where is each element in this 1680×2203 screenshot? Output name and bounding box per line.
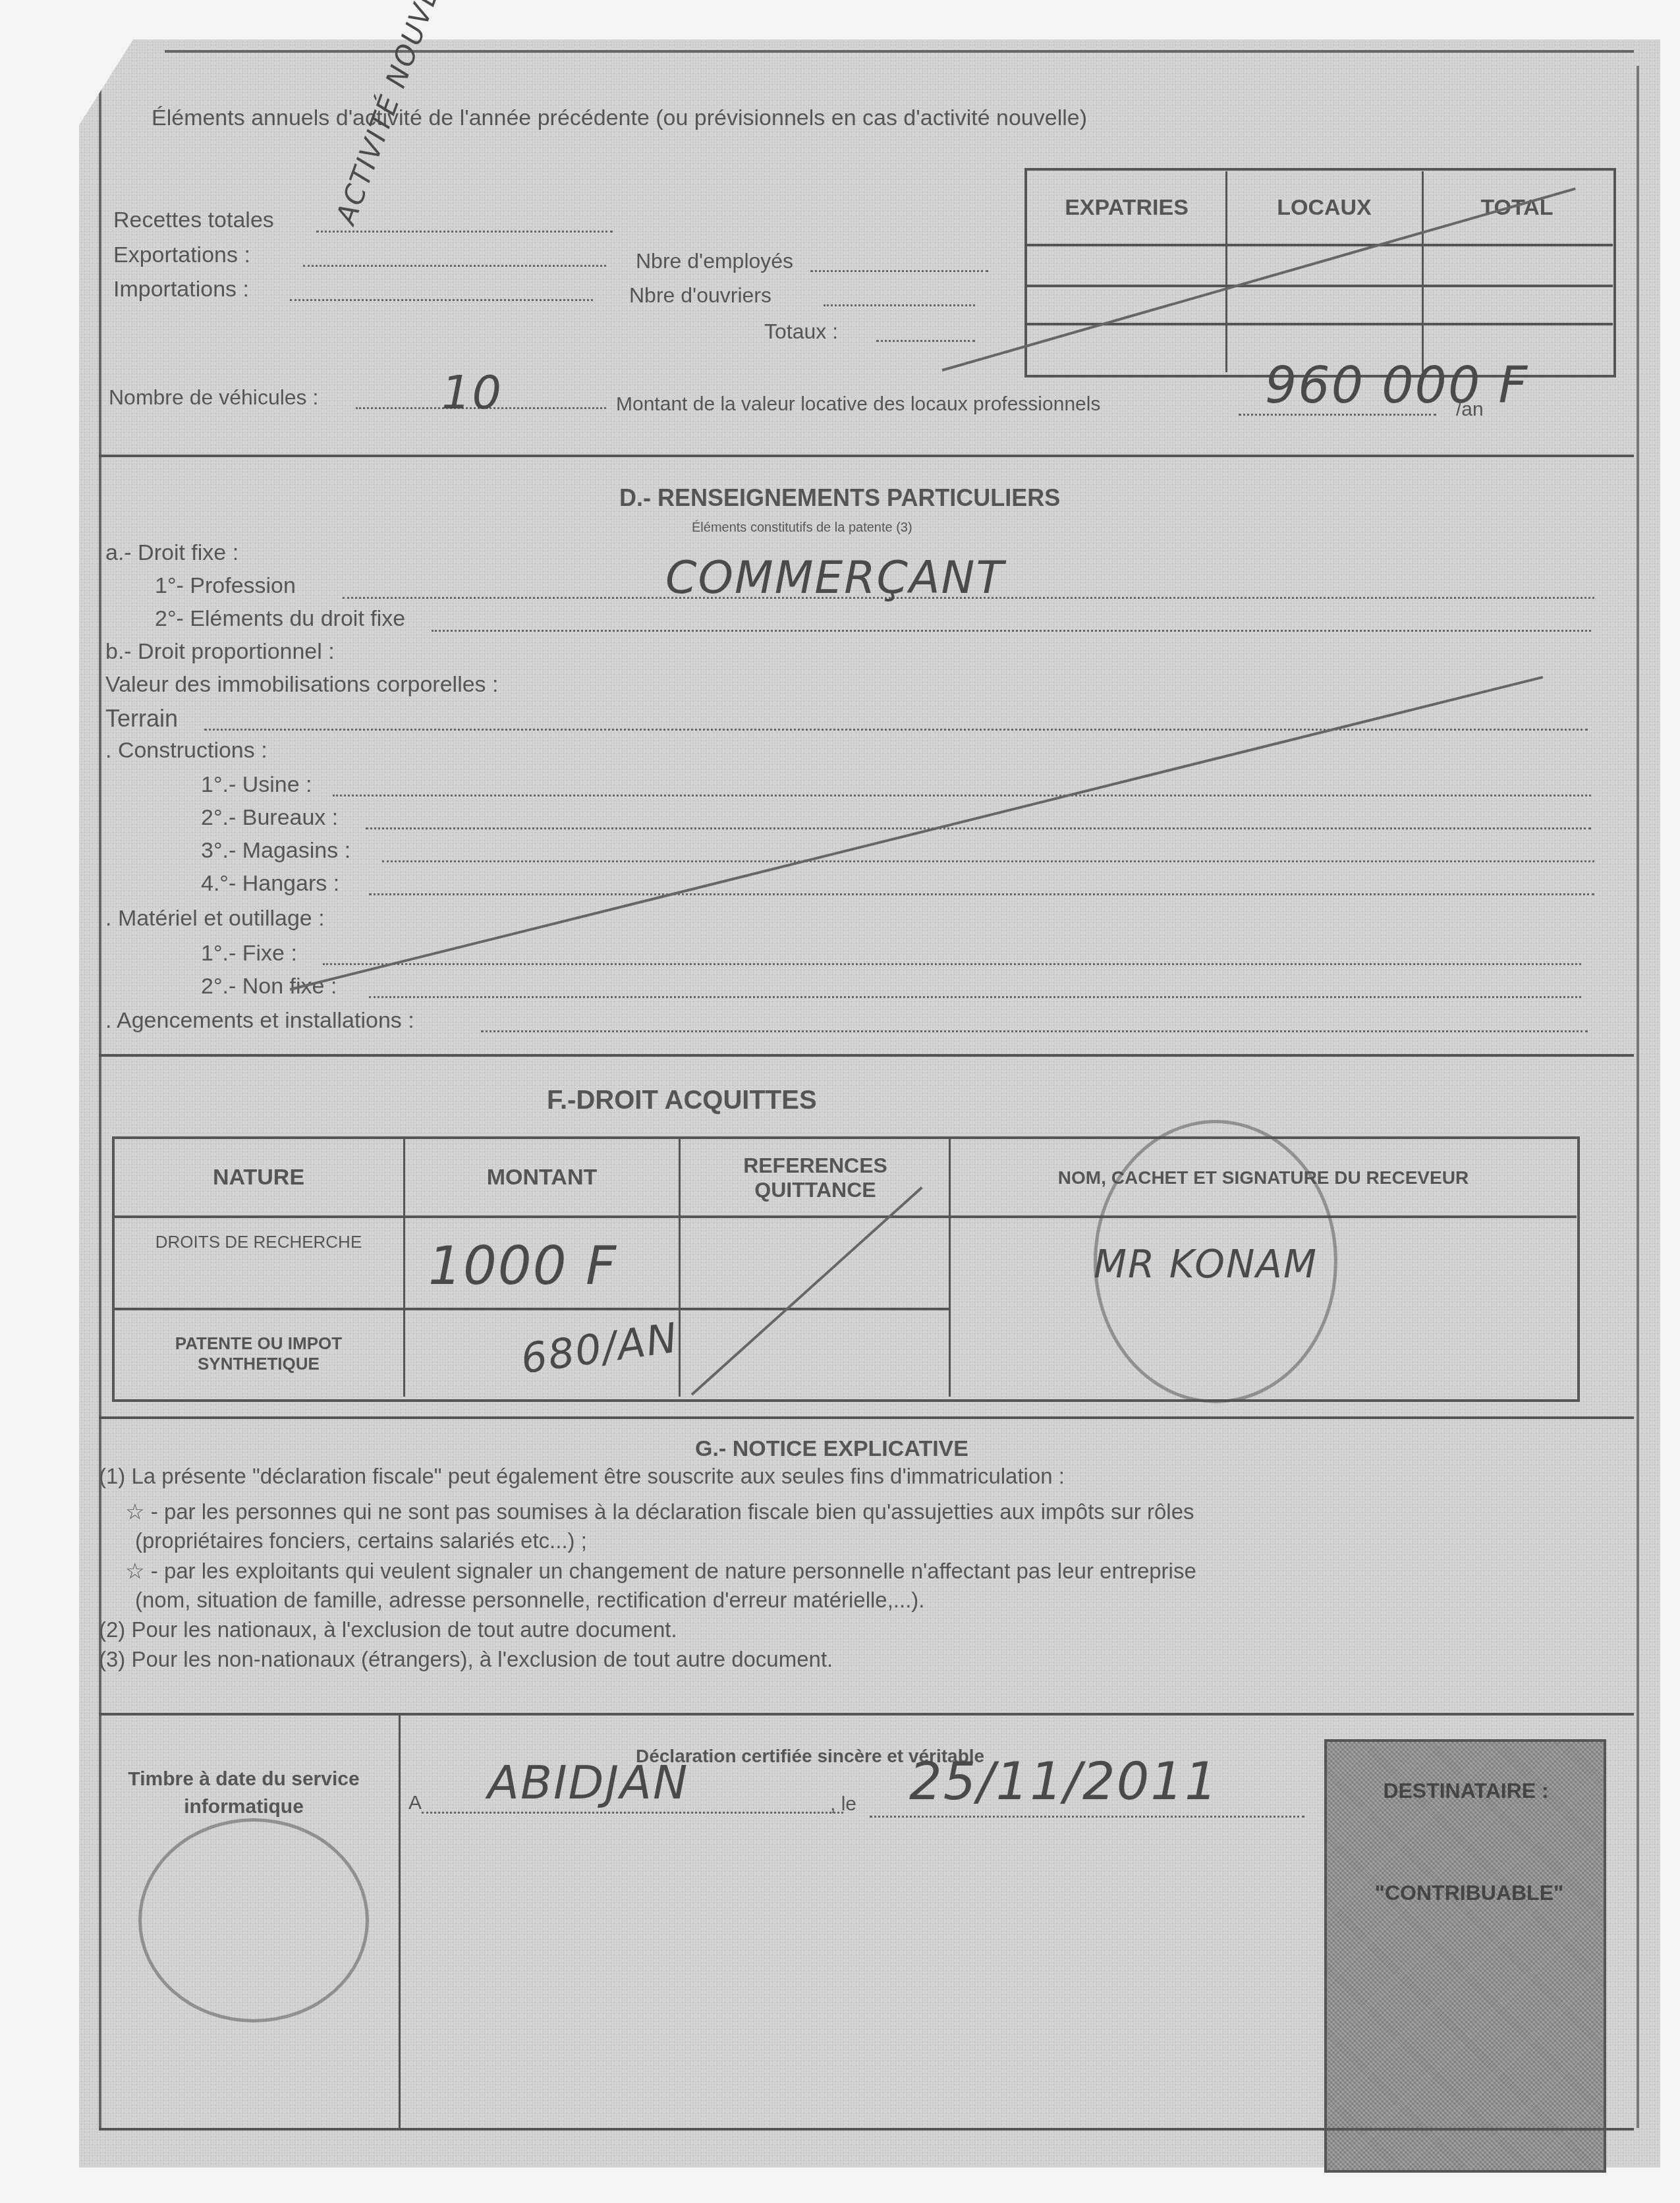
fixe-label: 1°.- Fixe : [201,941,297,966]
row-divider [1026,323,1613,325]
importations-label: Importations : [113,277,249,302]
usine-field[interactable] [333,795,1591,796]
notice-line: ☆ - par les personnes qui ne sont pas so… [125,1499,1194,1524]
top-border [165,50,1634,53]
magasins-field[interactable] [382,860,1594,862]
fixe-field[interactable] [323,963,1581,965]
non-fixe-label: 2°.- Non fixe : [201,974,337,999]
row-nature-2: PATENTE OU IMPOT SYNTHETIQUE [115,1311,402,1397]
section-divider [99,455,1634,457]
nbre-ouvriers-field[interactable] [824,304,975,306]
destinataire-label: DESTINATAIRE : [1351,1779,1581,1803]
profession-label: 1°- Profession [155,573,296,599]
notice-line: (propriétaires fonciers, certains salari… [135,1528,587,1553]
hangars-label: 4.°- Hangars : [201,871,339,897]
section-divider [99,1416,1634,1419]
section-f-title: F.-DROIT ACQUITTES [547,1086,817,1115]
valeur-locative-unit: /an [1456,399,1484,421]
lieu-field[interactable] [422,1812,843,1814]
destinataire-value: "CONTRIBUABLE" [1337,1881,1601,1905]
totaux-field[interactable] [876,340,975,342]
notice-line: (2) Pour les nationaux, à l'exclusion de… [99,1617,677,1642]
row-montant-1: 1000 F [428,1235,617,1297]
constructions-label: . Constructions : [105,738,267,764]
section-d-subtitle: Éléments constitutifs de la patente (3) [692,520,912,536]
col-locaux: LOCAUX [1227,171,1422,244]
terrain-label: Terrain [105,705,178,733]
elements-droit-fixe-field[interactable] [432,630,1591,632]
notice-line: (3) Pour les non-nationaux (étrangers), … [99,1647,833,1672]
recettes-field[interactable] [316,231,613,233]
row-divider [1026,285,1613,287]
date-value: 25/11/2011 [909,1752,1219,1812]
row-divider [114,1308,951,1310]
hangars-field[interactable] [369,893,1594,895]
col-divider [399,1715,401,2130]
receveur-signature: MR KONAM [1094,1242,1318,1287]
col-divider [949,1138,951,1397]
row-nature-1: DROITS DE RECHERCHE [115,1219,402,1265]
bureaux-label: 2°.- Bureaux : [201,805,338,831]
section-divider [99,1054,1634,1057]
col-nature: NATURE [115,1140,402,1215]
row-divider [1026,244,1613,246]
droit-fixe-label: a.- Droit fixe : [105,540,238,566]
col-montant: MONTANT [405,1140,679,1215]
vehicules-value: 10 [441,366,503,420]
agencements-label: . Agencements et installations : [105,1008,414,1034]
exportations-field[interactable] [303,265,606,267]
notice-line: ☆ - par les exploitants qui veulent sign… [125,1558,1196,1584]
immobilisations-label: Valeur des immobilisations corporelles : [105,672,499,698]
nbre-ouvriers-label: Nbre d'ouvriers [629,283,771,308]
row-divider [114,1215,1577,1218]
magasins-label: 3°.- Magasins : [201,838,350,864]
profession-value: COMMERÇANT [665,552,1005,604]
importations-field[interactable] [290,299,593,301]
bureaux-field[interactable] [366,827,1591,829]
nbre-employes-label: Nbre d'employés [636,249,793,273]
section-d-title: D.- RENSEIGNEMENTS PARTICULIERS [619,484,1060,512]
valeur-locative-label: Montant de la valeur locative des locaux… [616,393,1100,416]
non-fixe-field[interactable] [369,996,1581,998]
le-label: , le [830,1793,856,1816]
valeur-locative-value: 960 000 F [1265,356,1528,414]
destinataire-box [1324,1739,1606,2173]
col-references: REFERENCES QUITTANCE [682,1140,949,1215]
date-field[interactable] [870,1816,1304,1818]
droit-proportionnel-label: b.- Droit proportionnel : [105,639,335,665]
terrain-field[interactable] [204,729,1588,731]
col-total: TOTAL [1423,171,1611,244]
section-g-title: G.- NOTICE EXPLICATIVE [695,1436,968,1462]
section-header: Éléments annuels d'activité de l'année p… [152,105,1087,131]
materiel-label: . Matériel et outillage : [105,906,325,932]
nbre-employes-field[interactable] [810,270,988,272]
section-divider [99,1713,1634,1715]
notice-line: (nom, situation de famille, adresse pers… [135,1588,925,1613]
usine-label: 1°.- Usine : [201,772,312,798]
vehicules-label: Nombre de véhicules : [109,385,318,410]
notice-line: (1) La présente "déclaration fiscale" pe… [99,1464,1065,1489]
a-label: A [408,1792,422,1814]
timbre-label: Timbre à date du service informatique [92,1766,395,1821]
totaux-label: Totaux : [764,320,838,344]
elements-droit-fixe-label: 2°- Eléments du droit fixe [155,606,405,632]
bottom-border [99,2128,1634,2131]
agencements-field[interactable] [481,1030,1588,1032]
service-stamp [138,1818,369,2022]
lieu-value: ABIDJAN [488,1756,688,1810]
col-expatries: EXPATRIES [1028,171,1225,244]
folded-corner [0,0,158,250]
